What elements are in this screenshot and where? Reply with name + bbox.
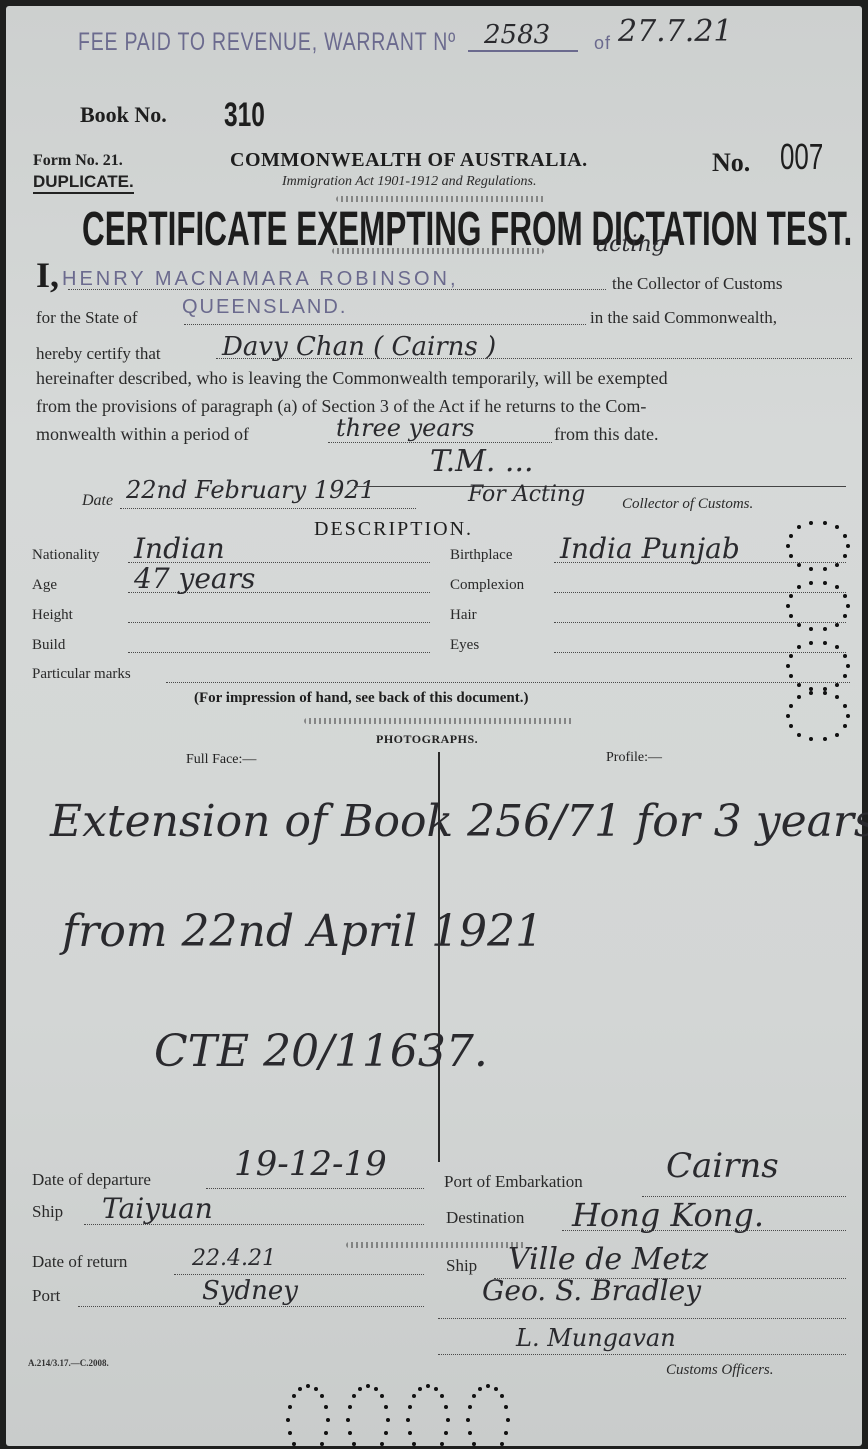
certificate-document: FEE PAID TO REVENUE, WARRANT Nº 2583 of …	[6, 6, 862, 1446]
perforation-dot	[835, 733, 839, 737]
perforation-dot	[348, 1431, 352, 1435]
perforation-dot	[797, 733, 801, 737]
photographs-title: PHOTOGRAPHS.	[376, 732, 478, 747]
field-line	[120, 508, 416, 509]
perforation-dot	[444, 1405, 448, 1409]
perforation-dot	[809, 737, 813, 741]
return-date-label: Date of return	[32, 1252, 127, 1272]
perforation-dot	[835, 695, 839, 699]
perforation-dot	[823, 627, 827, 631]
perforation-dot	[408, 1405, 412, 1409]
state-prefix: for the State of	[36, 308, 138, 328]
perforation-dot	[786, 544, 790, 548]
field-value: Indian	[134, 532, 225, 565]
perforation-dot	[324, 1405, 328, 1409]
perforation-dot	[346, 1418, 350, 1422]
perforation-dot	[835, 585, 839, 589]
perforation-dot	[786, 714, 790, 718]
perforation-dot	[314, 1387, 318, 1391]
perforation-dot	[384, 1431, 388, 1435]
field-label: Complexion	[450, 577, 524, 593]
collector-name: HENRY MACNAMARA ROBINSON,	[62, 268, 459, 291]
field-line	[184, 324, 586, 325]
perforation-dot	[797, 683, 801, 687]
perforation-dot	[352, 1442, 356, 1446]
i-label: I,	[36, 254, 59, 296]
printer-code: A.214/3.17.—C.2008.	[28, 1358, 109, 1368]
hand-impression-note: (For impression of hand, see back of thi…	[194, 690, 528, 707]
perforation-dot	[418, 1387, 422, 1391]
perforation-dot	[358, 1387, 362, 1391]
revenue-stamp: FEE PAID TO REVENUE, WARRANT Nº	[78, 28, 456, 57]
perforation-dot	[412, 1394, 416, 1398]
perforation-dot	[846, 714, 850, 718]
perforation-dot	[823, 737, 827, 741]
perforation-dot	[789, 594, 793, 598]
perforation-dot	[386, 1418, 390, 1422]
officer-signature-1: Geo. S. Bradley	[482, 1274, 701, 1307]
perforation-dot	[504, 1431, 508, 1435]
period-suffix: from this date.	[554, 424, 658, 445]
perforation-dot	[843, 554, 847, 558]
perforation-dot	[500, 1394, 504, 1398]
body-line-3: hereinafter described, who is leaving th…	[36, 368, 668, 389]
extension-note-line-1: Extension of Book 256/71 for 3 years.	[50, 796, 868, 847]
perforated-number	[286, 1378, 526, 1449]
perforation-dot	[809, 691, 813, 695]
perforation-dot	[320, 1442, 324, 1446]
collector-of-customs-label: Collector of Customs.	[622, 496, 753, 513]
field-line	[166, 682, 850, 683]
perforation-dot	[843, 614, 847, 618]
perforation-dot	[843, 704, 847, 708]
officer-signature-2: L. Mungavan	[516, 1324, 676, 1352]
perforation-dot	[797, 645, 801, 649]
destination-label: Destination	[446, 1208, 524, 1228]
perforation-dot	[468, 1431, 472, 1435]
perforation-dot	[846, 604, 850, 608]
signature-line	[438, 1354, 846, 1355]
full-face-label: Full Face:—	[186, 752, 256, 768]
perforated-number-side	[776, 514, 856, 740]
perforation-dot	[444, 1431, 448, 1435]
perforation-dot	[786, 664, 790, 668]
field-line	[174, 1274, 424, 1275]
field-line	[128, 652, 430, 653]
perforation-dot	[326, 1418, 330, 1422]
perforation-dot	[348, 1405, 352, 1409]
field-line	[328, 442, 552, 443]
perforation-dot	[500, 1442, 504, 1446]
certify-prefix: hereby certify that	[36, 344, 161, 364]
description-field: Age47 years	[32, 576, 57, 594]
particular-marks-label: Particular marks	[32, 666, 131, 683]
perforation-dot	[846, 664, 850, 668]
field-value: 47 years	[134, 562, 255, 595]
perforation-dot	[440, 1442, 444, 1446]
warrant-underline	[468, 50, 578, 52]
perforation-dot	[809, 627, 813, 631]
description-field: Hair	[450, 606, 477, 624]
perforation-dot	[384, 1405, 388, 1409]
field-line	[128, 622, 430, 623]
divider-ornament	[304, 718, 574, 724]
extension-note-line-2: from 22nd April 1921	[62, 906, 543, 957]
perforation-dot	[789, 654, 793, 658]
perforation-dot	[412, 1442, 416, 1446]
customs-officers-label: Customs Officers.	[666, 1362, 774, 1379]
collector-suffix: the Collector of Customs	[612, 274, 782, 294]
departure-date: 19-12-19	[234, 1144, 387, 1184]
certificate-number-value: 007	[780, 136, 823, 178]
field-label: Build	[32, 637, 65, 653]
perforation-dot	[292, 1394, 296, 1398]
departure-label: Date of departure	[32, 1170, 151, 1190]
perforation-dot	[288, 1405, 292, 1409]
departure-ship: Taiyuan	[102, 1192, 213, 1225]
destination-value: Hong Kong.	[572, 1196, 764, 1234]
issue-date: 22nd February 1921	[126, 476, 375, 504]
perforation-dot	[366, 1384, 370, 1388]
field-line	[206, 1188, 424, 1189]
perforation-dot	[789, 724, 793, 728]
period-prefix: monwealth within a period of	[36, 424, 249, 445]
ship-label: Ship	[32, 1202, 63, 1222]
signature-line	[438, 1318, 846, 1319]
embarkation-label: Port of Embarkation	[444, 1172, 583, 1192]
description-field: Height	[32, 606, 73, 624]
form-number: Form No. 21.	[33, 152, 123, 170]
perforation-dot	[286, 1418, 290, 1422]
return-port: Sydney	[202, 1276, 298, 1306]
profile-label: Profile:—	[606, 750, 662, 766]
perforation-dot	[809, 641, 813, 645]
perforation-dot	[486, 1384, 490, 1388]
perforation-dot	[472, 1394, 476, 1398]
perforation-dot	[809, 521, 813, 525]
perforation-dot	[843, 594, 847, 598]
certificate-number-label: No.	[712, 148, 750, 178]
perforation-dot	[292, 1442, 296, 1446]
header-title: COMMONWEALTH OF AUSTRALIA.	[230, 149, 588, 172]
book-number-label: Book No.	[80, 102, 167, 128]
description-field: Build	[32, 636, 65, 654]
perforation-dot	[320, 1394, 324, 1398]
perforation-dot	[434, 1387, 438, 1391]
perforation-dot	[823, 691, 827, 695]
perforation-dot	[835, 525, 839, 529]
field-value: India Punjab	[560, 532, 740, 565]
perforation-dot	[406, 1418, 410, 1422]
warrant-number: 2583	[484, 20, 550, 50]
perforation-dot	[352, 1394, 356, 1398]
perforation-dot	[288, 1431, 292, 1435]
perforation-dot	[468, 1405, 472, 1409]
perforation-dot	[797, 525, 801, 529]
embarkation-port: Cairns	[666, 1146, 779, 1186]
perforation-dot	[408, 1431, 412, 1435]
perforation-dot	[789, 534, 793, 538]
stamp-text: FEE PAID TO REVENUE, WARRANT Nº	[78, 28, 456, 56]
divider-ornament	[346, 1242, 526, 1248]
perforation-dot	[446, 1418, 450, 1422]
field-label: Height	[32, 607, 73, 623]
perforation-dot	[835, 563, 839, 567]
field-label: Birthplace	[450, 547, 512, 563]
perforation-dot	[506, 1418, 510, 1422]
date-label: Date	[82, 492, 113, 510]
perforation-dot	[797, 563, 801, 567]
perforation-dot	[789, 614, 793, 618]
perforation-dot	[494, 1387, 498, 1391]
perforation-dot	[797, 585, 801, 589]
warrant-date: 27.7.21	[618, 14, 733, 49]
perforation-dot	[823, 567, 827, 571]
return-ship: Ville de Metz	[508, 1242, 708, 1277]
perforation-dot	[835, 683, 839, 687]
field-label: Hair	[450, 607, 477, 623]
description-field: Eyes	[450, 636, 479, 654]
perforation-dot	[786, 604, 790, 608]
perforation-dot	[843, 534, 847, 538]
perforation-dot	[789, 554, 793, 558]
field-label: Nationality	[32, 547, 100, 563]
perforation-dot	[478, 1387, 482, 1391]
stamp-of: of	[594, 33, 611, 54]
return-date: 22.4.21	[192, 1246, 276, 1271]
divider-ornament	[332, 248, 544, 254]
field-label: Age	[32, 577, 57, 593]
perforation-dot	[426, 1384, 430, 1388]
perforation-dot	[835, 623, 839, 627]
perforation-dot	[797, 623, 801, 627]
collector-signature: T.M. ...	[430, 444, 534, 479]
state-suffix: in the said Commonwealth,	[590, 308, 777, 328]
perforation-dot	[846, 544, 850, 548]
duplicate-label: DUPLICATE.	[33, 172, 134, 194]
perforation-dot	[374, 1387, 378, 1391]
for-acting-annotation: For Acting	[468, 482, 585, 507]
state-value: QUEENSLAND.	[182, 296, 347, 319]
return-ship-label: Ship	[446, 1256, 477, 1276]
description-field: NationalityIndian	[32, 546, 100, 564]
field-line	[78, 1306, 424, 1307]
perforation-dot	[504, 1405, 508, 1409]
perforation-dot	[380, 1394, 384, 1398]
description-field: Complexion	[450, 576, 524, 594]
perforation-dot	[823, 641, 827, 645]
perforation-dot	[324, 1431, 328, 1435]
header-subtitle: Immigration Act 1901-1912 and Regulation…	[282, 174, 536, 190]
book-number-value: 310	[224, 96, 265, 135]
perforation-dot	[843, 674, 847, 678]
perforation-dot	[306, 1384, 310, 1388]
perforation-dot	[809, 581, 813, 585]
perforation-dot	[809, 567, 813, 571]
exemption-period: three years	[336, 414, 474, 442]
port-label: Port	[32, 1286, 60, 1306]
perforation-dot	[843, 724, 847, 728]
person-name: Davy Chan ( Cairns )	[222, 332, 496, 362]
perforation-dot	[472, 1442, 476, 1446]
perforation-dot	[797, 695, 801, 699]
perforation-dot	[789, 704, 793, 708]
signature-line	[354, 486, 846, 487]
description-title: DESCRIPTION.	[314, 518, 473, 541]
description-field: BirthplaceIndia Punjab	[450, 546, 512, 564]
field-label: Eyes	[450, 637, 479, 653]
perforation-dot	[298, 1387, 302, 1391]
acting-annotation: acting	[596, 232, 666, 257]
perforation-dot	[843, 654, 847, 658]
perforation-dot	[835, 645, 839, 649]
perforation-dot	[440, 1394, 444, 1398]
perforation-dot	[789, 674, 793, 678]
perforation-dot	[380, 1442, 384, 1446]
extension-note-line-3: CTE 20/11637.	[154, 1026, 488, 1077]
perforation-dot	[823, 521, 827, 525]
perforation-dot	[466, 1418, 470, 1422]
perforation-dot	[823, 581, 827, 585]
